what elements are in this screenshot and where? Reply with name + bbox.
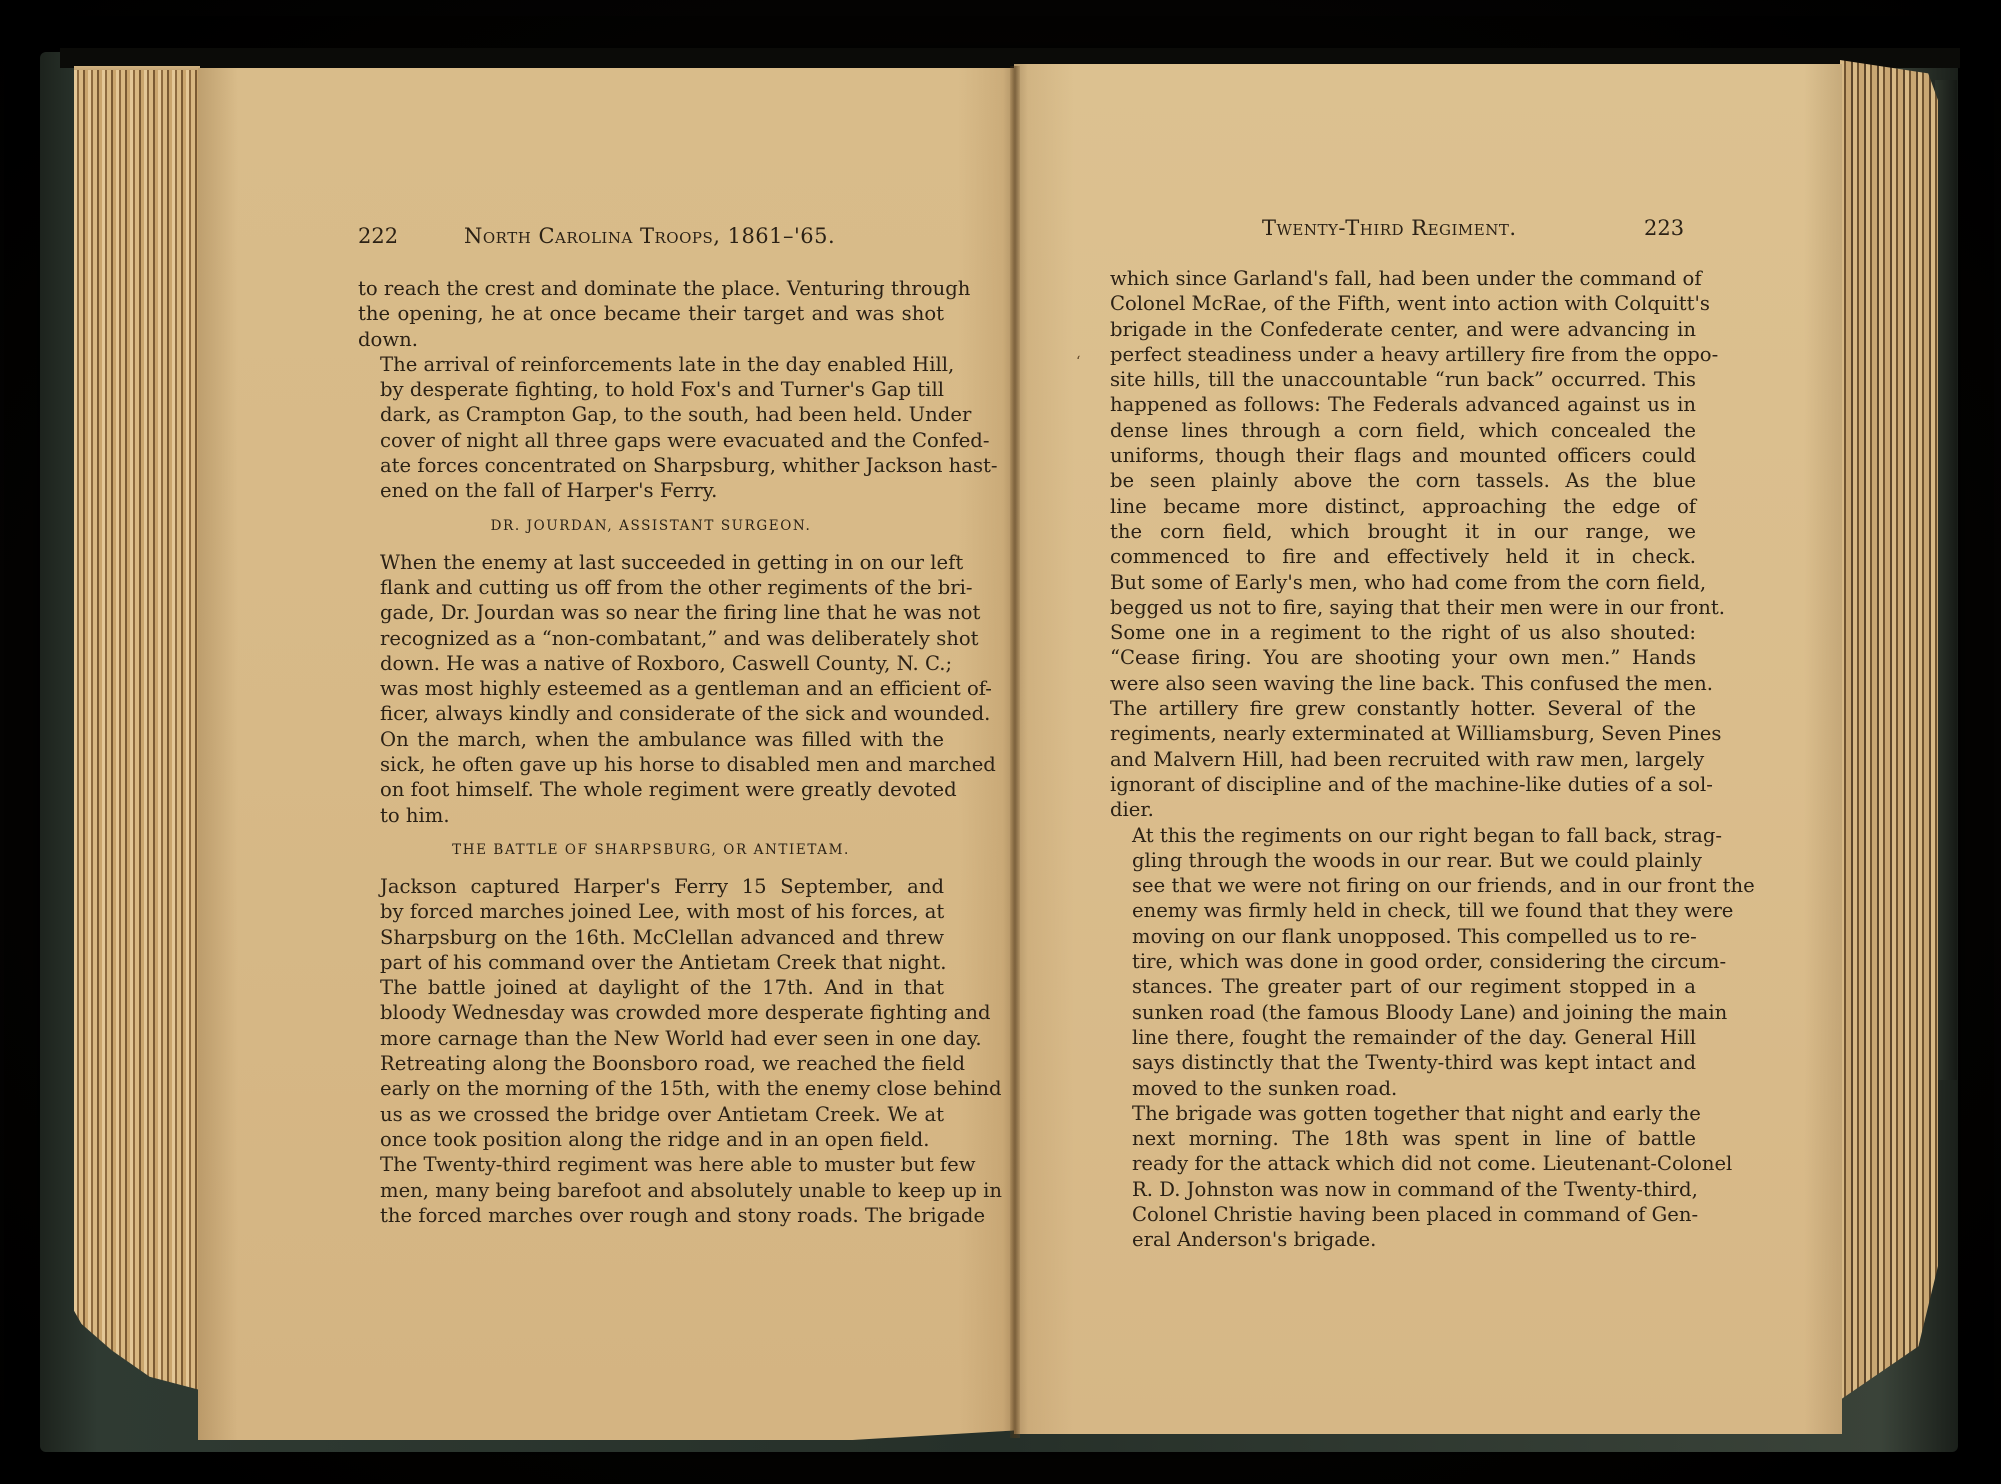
text-line: ate forces concentrated on Sharpsburg, w… xyxy=(358,453,944,478)
text-line: more carnage than the New World had ever… xyxy=(358,1026,944,1051)
page-number-right: 223 xyxy=(1644,216,1684,240)
text-line: says distinctly that the Twenty-third wa… xyxy=(1110,1050,1696,1075)
paragraph: At this the regiments on our right began… xyxy=(1110,823,1696,1101)
text-line: next morning. The 18th was spent in line… xyxy=(1110,1126,1696,1151)
paragraph: The arrival of reinforcements late in th… xyxy=(358,352,944,504)
text-line: bloody Wednesday was crowded more desper… xyxy=(358,1000,944,1025)
text-line: the forced marches over rough and stony … xyxy=(358,1203,944,1228)
paragraph: The Twenty-third regiment was here able … xyxy=(358,1152,944,1228)
text-line: sunken road (the famous Bloody Lane) and… xyxy=(1110,1000,1696,1025)
running-head-right: Twenty-Third Regiment. xyxy=(1262,216,1517,240)
running-head-left: North Carolina Troops, 1861–'65. xyxy=(464,224,835,248)
text-line: was most highly esteemed as a gentleman … xyxy=(358,676,944,701)
text-line: line there, fought the remainder of the … xyxy=(1110,1025,1696,1050)
paragraph: which since Garland's fall, had been und… xyxy=(1110,266,1696,823)
text-line: On the march, when the ambulance was fil… xyxy=(358,727,944,752)
text-line: by desperate fighting, to hold Fox's and… xyxy=(358,377,944,402)
scanned-book-spread: 222 North Carolina Troops, 1861–'65. to … xyxy=(0,0,2001,1484)
text-line: which since Garland's fall, had been und… xyxy=(1110,266,1696,291)
text-line: on foot himself. The whole regiment were… xyxy=(358,777,944,802)
text-line: once took position along the ridge and i… xyxy=(358,1127,944,1152)
text-line: sick, he often gave up his horse to disa… xyxy=(358,752,944,777)
text-line: The arrival of reinforcements late in th… xyxy=(358,352,944,377)
text-line: brigade in the Confederate center, and w… xyxy=(1110,317,1696,342)
text-line: by forced marches joined Lee, with most … xyxy=(358,899,944,924)
text-line: us as we crossed the bridge over Antieta… xyxy=(358,1102,944,1127)
text-line: to reach the crest and dominate the plac… xyxy=(358,276,944,301)
text-line: recognized as a “non-combatant,” and was… xyxy=(358,626,944,651)
text-line: flank and cutting us off from the other … xyxy=(358,575,944,600)
text-line: R. D. Johnston was now in command of the… xyxy=(1110,1177,1696,1202)
text-line: and Malvern Hill, had been recruited wit… xyxy=(1110,747,1696,772)
right-page-stack-edges xyxy=(1840,60,1938,1400)
text-line: line became more distinct, approaching t… xyxy=(1110,494,1696,519)
text-line: down. xyxy=(358,327,944,352)
right-cover-edge xyxy=(1935,80,1957,1080)
text-line: part of his command over the Antietam Cr… xyxy=(358,950,944,975)
text-line: The artillery fire grew constantly hotte… xyxy=(1110,696,1696,721)
text-line: the corn field, which brought it in our … xyxy=(1110,519,1696,544)
paragraph: When the enemy at last succeeded in gett… xyxy=(358,550,944,727)
stray-mark: ‘ xyxy=(1076,354,1080,370)
text-line: ignorant of discipline and of the machin… xyxy=(1110,772,1696,797)
text-line: The brigade was gotten together that nig… xyxy=(1110,1101,1696,1126)
right-page: Twenty-Third Regiment. 223 which since G… xyxy=(1014,64,1842,1434)
text-line: “Cease firing. You are shooting your own… xyxy=(1110,645,1696,670)
text-line: Sharpsburg on the 16th. McClellan advanc… xyxy=(358,925,944,950)
text-line: tire, which was done in good order, cons… xyxy=(1110,949,1696,974)
text-line: uniforms, though their flags and mounted… xyxy=(1110,443,1696,468)
section-heading: DR. JOURDAN, ASSISTANT SURGEON. xyxy=(358,516,944,536)
text-line: The Twenty-third regiment was here able … xyxy=(358,1152,944,1177)
text-line: happened as follows: The Federals advanc… xyxy=(1110,392,1696,417)
text-line: When the enemy at last succeeded in gett… xyxy=(358,550,944,575)
text-line: down. He was a native of Roxboro, Caswel… xyxy=(358,651,944,676)
text-line: men, many being barefoot and absolutely … xyxy=(358,1178,944,1203)
left-page: 222 North Carolina Troops, 1861–'65. to … xyxy=(198,68,1016,1440)
text-line: perfect steadiness under a heavy artille… xyxy=(1110,342,1696,367)
text-line: But some of Early's men, who had come fr… xyxy=(1110,570,1696,595)
text-line: regiments, nearly exterminated at Willia… xyxy=(1110,721,1696,746)
text-line: gling through the woods in our rear. But… xyxy=(1110,848,1696,873)
text-line: site hills, till the unaccountable “run … xyxy=(1110,367,1696,392)
text-line: Some one in a regiment to the right of u… xyxy=(1110,620,1696,645)
text-line: dense lines through a corn field, which … xyxy=(1110,418,1696,443)
text-line: Colonel Christie having been placed in c… xyxy=(1110,1202,1696,1227)
text-line: were also seen waving the line back. Thi… xyxy=(1110,671,1696,696)
text-line: dark, as Crampton Gap, to the south, had… xyxy=(358,402,944,427)
text-line: commenced to fire and effectively held i… xyxy=(1110,544,1696,569)
book-gutter xyxy=(1010,66,1020,1438)
left-page-stack-edges xyxy=(74,70,200,1390)
paragraph: The brigade was gotten together that nig… xyxy=(1110,1101,1696,1253)
right-page-body: which since Garland's fall, had been und… xyxy=(1110,266,1696,1253)
text-line: Colonel McRae, of the Fifth, went into a… xyxy=(1110,291,1696,316)
text-line: see that we were not firing on our frien… xyxy=(1110,873,1696,898)
page-number-left: 222 xyxy=(358,224,398,248)
text-line: to him. xyxy=(358,803,944,828)
text-line: gade, Dr. Jourdan was so near the firing… xyxy=(358,600,944,625)
text-line: At this the regiments on our right began… xyxy=(1110,823,1696,848)
text-line: be seen plainly above the corn tassels. … xyxy=(1110,468,1696,493)
text-line: the opening, he at once became their tar… xyxy=(358,301,944,326)
text-line: Jackson captured Harper's Ferry 15 Septe… xyxy=(358,874,944,899)
text-line: stances. The greater part of our regimen… xyxy=(1110,974,1696,999)
text-line: Retreating along the Boonsboro road, we … xyxy=(358,1051,944,1076)
text-line: The battle joined at daylight of the 17t… xyxy=(358,975,944,1000)
text-line: ready for the attack which did not come.… xyxy=(1110,1151,1696,1176)
text-line: eral Anderson's brigade. xyxy=(1110,1227,1696,1252)
text-line: ened on the fall of Harper's Ferry. xyxy=(358,478,944,503)
section-heading: THE BATTLE OF SHARPSBURG, OR ANTIETAM. xyxy=(358,840,944,860)
text-line: dier. xyxy=(1110,797,1696,822)
text-line: moved to the sunken road. xyxy=(1110,1076,1696,1101)
text-line: enemy was firmly held in check, till we … xyxy=(1110,898,1696,923)
paragraph: On the march, when the ambulance was fil… xyxy=(358,727,944,828)
text-line: ficer, always kindly and considerate of … xyxy=(358,701,944,726)
text-line: moving on our flank unopposed. This comp… xyxy=(1110,924,1696,949)
text-line: early on the morning of the 15th, with t… xyxy=(358,1076,944,1101)
text-line: begged us not to fire, saying that their… xyxy=(1110,595,1696,620)
paragraph: Jackson captured Harper's Ferry 15 Septe… xyxy=(358,874,944,1152)
paragraph: to reach the crest and dominate the plac… xyxy=(358,276,944,352)
text-line: cover of night all three gaps were evacu… xyxy=(358,428,944,453)
left-page-body: to reach the crest and dominate the plac… xyxy=(358,276,944,1228)
